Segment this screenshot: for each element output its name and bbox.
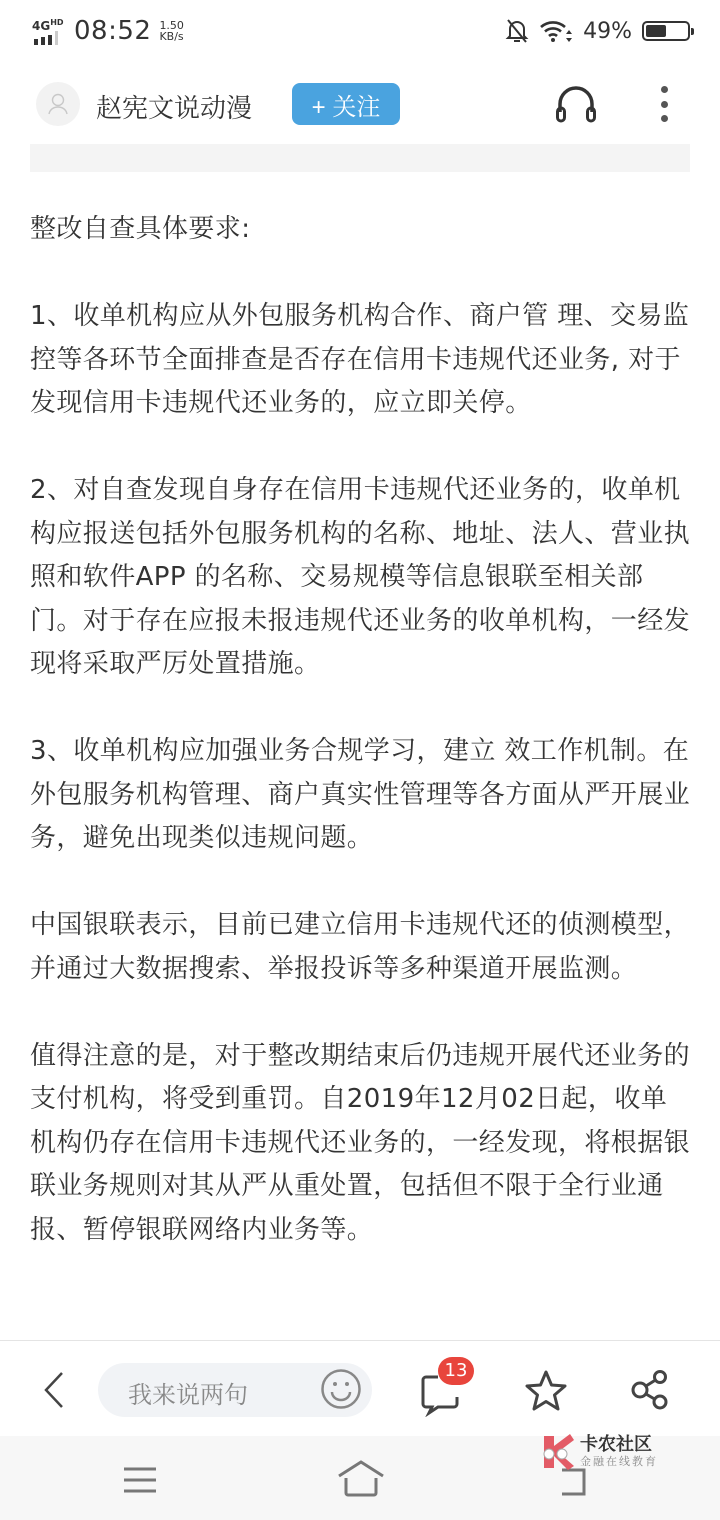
article-paragraph: 整改自查具体要求: — [30, 208, 692, 252]
clock: 08:52 — [74, 16, 151, 46]
headphone-icon[interactable] — [554, 84, 598, 124]
wifi-icon — [539, 19, 573, 43]
article-paragraph: 中国银联表示，目前已建立信用卡违规代还的侦测模型，并通过大数据搜索、举报投诉等多… — [30, 904, 692, 991]
content-placeholder-band — [30, 144, 690, 172]
menu-icon[interactable] — [122, 1466, 158, 1494]
article-paragraph: 3、收单机构应加强业务合规学习，建立 效工作机制。在外包服务机构管理、商户真实性… — [30, 730, 692, 861]
home-icon[interactable] — [336, 1458, 386, 1498]
comment-count-badge: 13 — [438, 1357, 474, 1385]
article-paragraph: 值得注意的是，对于整改期结束后仍违规开展代还业务的支付机构，将受到重罚。自201… — [30, 1035, 692, 1253]
more-icon[interactable] — [652, 86, 676, 122]
status-right: 49% — [505, 18, 690, 44]
watermark-logo-icon — [540, 1434, 576, 1470]
watermark-title: 卡农社区 — [580, 1435, 658, 1455]
article-header: 赵宪文说动漫 + 关注 — [0, 78, 720, 132]
article-body: 整改自查具体要求: 1、收单机构应从外包服务机构合作、商户管 理、交易监控等各环… — [30, 208, 692, 1296]
bell-muted-icon — [505, 18, 529, 44]
network-speed: 1.50 KB/s — [159, 20, 184, 42]
back-nav-icon[interactable] — [558, 1468, 598, 1498]
emoji-icon[interactable] — [320, 1368, 362, 1410]
back-icon[interactable] — [36, 1367, 72, 1413]
comment-placeholder: 我来说两句 — [128, 1375, 248, 1410]
watermark: 卡农社区 金融在线教育 — [540, 1432, 670, 1472]
star-icon[interactable] — [524, 1369, 568, 1413]
signal-icon: 4GHD — [32, 17, 70, 45]
avatar-icon — [46, 92, 70, 116]
battery-percent: 49% — [583, 19, 632, 44]
battery-icon — [642, 21, 690, 41]
author-name[interactable]: 赵宪文说动漫 — [96, 88, 252, 125]
status-left: 4GHD 08:52 1.50 KB/s — [32, 16, 184, 46]
network-hd: HD — [50, 18, 63, 27]
action-bar: 我来说两句 13 — [0, 1340, 720, 1436]
article-paragraph: 1、收单机构应从外包服务机构合作、商户管 理、交易监控等各环节全面排查是否存在信… — [30, 295, 692, 426]
follow-button[interactable]: + 关注 — [292, 83, 400, 125]
avatar[interactable] — [36, 82, 80, 126]
speed-unit: KB/s — [159, 31, 184, 42]
watermark-subtitle: 金融在线教育 — [580, 1455, 658, 1469]
article-paragraph: 2、对自查发现自身存在信用卡违规代还业务的，收单机构应报送包括外包服务机构的名称… — [30, 469, 692, 687]
share-icon[interactable] — [630, 1369, 670, 1411]
comment-input[interactable]: 我来说两句 — [98, 1363, 372, 1417]
status-bar: 4GHD 08:52 1.50 KB/s 49% — [0, 0, 720, 66]
